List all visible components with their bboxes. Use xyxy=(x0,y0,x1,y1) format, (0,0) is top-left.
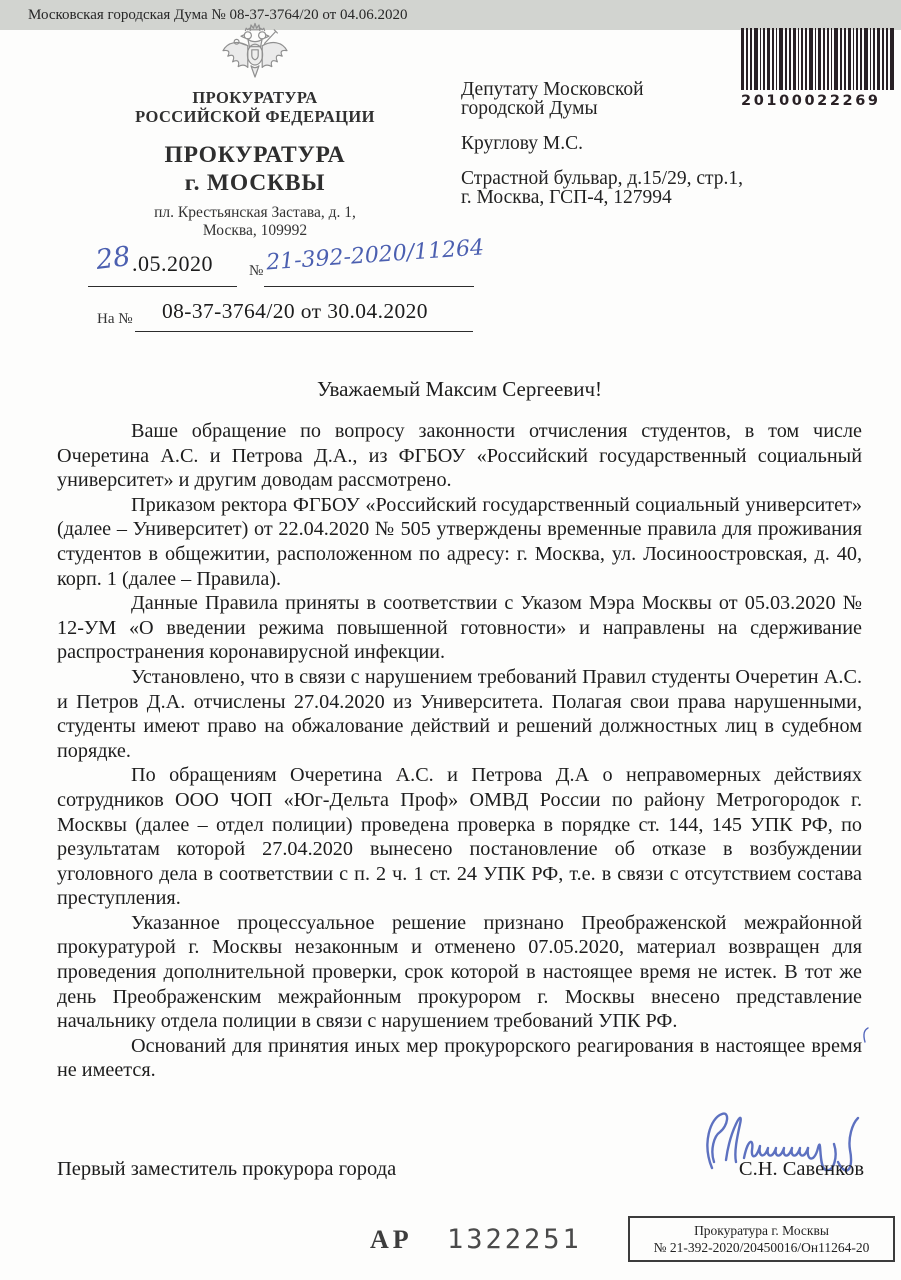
dept-line1: ПРОКУРАТУРА xyxy=(85,141,425,169)
recipient-address-line1: Страстной бульвар, д.15/29, стр.1, xyxy=(461,169,761,188)
handwritten-day: 28 xyxy=(94,241,132,276)
recipient-address-line2: г. Москва, ГСП-4, 127994 xyxy=(461,188,761,207)
number-label: № xyxy=(249,263,263,280)
letter-paragraph: Оснований для принятия иных мер прокурор… xyxy=(57,1034,862,1083)
letter-paragraph: Приказом ректора ФГБОУ «Российский госуд… xyxy=(57,493,862,591)
reply-to-number: 08-37-3764/20 от 30.04.2020 xyxy=(162,299,428,324)
letterhead-address: пл. Крестьянская Застава, д. 1, Москва, … xyxy=(85,204,425,239)
number-underline xyxy=(264,286,474,287)
blank-series: АР xyxy=(370,1225,413,1255)
letter-paragraph: Данные Правила приняты в соответствии с … xyxy=(57,591,862,665)
issuing-authority-name: ПРОКУРАТУРА РОССИЙСКОЙ ФЕДЕРАЦИИ xyxy=(85,88,425,126)
letter-paragraph: По обращениям Очеретина А.С. и Петрова Д… xyxy=(57,763,862,911)
letterhead-address-line1: пл. Крестьянская Застава, д. 1, xyxy=(85,204,425,222)
recipient-name: Круглову М.С. xyxy=(461,134,761,153)
recipient-title-line2: городской Думы xyxy=(461,99,761,118)
pen-mark xyxy=(861,1026,871,1046)
date-underline xyxy=(88,286,237,287)
barcode-icon xyxy=(741,28,894,90)
registration-stamp: Прокуратура г. Москвы № 21-392-2020/2045… xyxy=(628,1216,895,1262)
letterhead-address-line2: Москва, 109992 xyxy=(85,222,425,240)
org-line1: ПРОКУРАТУРА xyxy=(85,88,425,107)
stamp-number: № 21-392-2020/20450016/Он11264-20 xyxy=(630,1239,893,1256)
dept-line2: г. МОСКВЫ xyxy=(85,169,425,197)
letter-paragraph: Указанное процессуальное решение признан… xyxy=(57,911,862,1034)
salutation: Уважаемый Максим Сергеевич! xyxy=(57,377,862,402)
signatory-name: С.Н. Савенков xyxy=(739,1158,864,1181)
blank-number: 1322251 xyxy=(447,1224,582,1255)
letter-body: Ваше обращение по вопросу законности отч… xyxy=(57,419,862,1083)
document-header-bar: Московская городская Дума № 08-37-3764/2… xyxy=(0,0,901,30)
barcode-number: 20100022269 xyxy=(741,93,894,109)
org-line2: РОССИЙСКОЙ ФЕДЕРАЦИИ xyxy=(85,107,425,126)
stamp-org: Прокуратура г. Москвы xyxy=(630,1222,893,1239)
letter-paragraph: Ваше обращение по вопросу законности отч… xyxy=(57,419,862,493)
department-name: ПРОКУРАТУРА г. МОСКВЫ xyxy=(85,141,425,197)
recipient-block: Депутату Московской городской Думы Кругл… xyxy=(461,80,761,223)
recipient-address: Страстной бульвар, д.15/29, стр.1, г. Мо… xyxy=(461,169,761,207)
printed-date: .05.2020 xyxy=(132,251,213,277)
handwritten-outgoing-number: 21-392-2020/11264 xyxy=(265,236,481,276)
recipient-title-line1: Депутату Московской xyxy=(461,80,761,99)
recipient-title: Депутату Московской городской Думы xyxy=(461,80,761,118)
coat-of-arms-icon xyxy=(213,21,297,85)
letter-paragraph: Установлено, что в связи с нарушением тр… xyxy=(57,665,862,763)
scanned-letter-page: Московская городская Дума № 08-37-3764/2… xyxy=(0,0,901,1280)
signatory-title: Первый заместитель прокурора города xyxy=(57,1158,396,1181)
reply-underline xyxy=(135,331,473,332)
reply-to-label: На № xyxy=(97,311,133,328)
